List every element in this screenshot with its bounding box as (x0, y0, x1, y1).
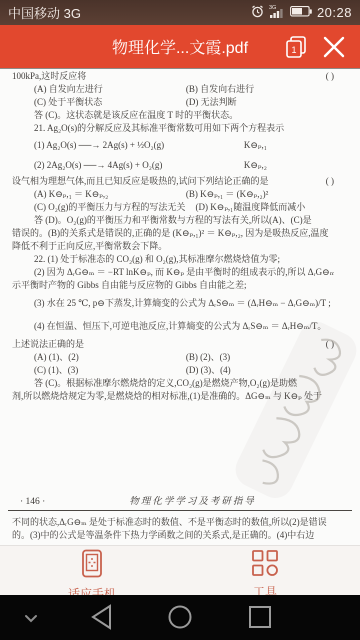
close-icon[interactable] (320, 33, 348, 61)
carrier-label: 中国移动 3G (8, 3, 81, 22)
doc-line: 的。(3)中的公式是等温条件下热力学函数之间的关系式,是正确的。(4)中右边 (12, 529, 334, 542)
doc-line: (C) 处于平衡状态(D) 无法判断 (12, 96, 334, 109)
hide-nav-icon[interactable] (24, 611, 38, 629)
page-count-number: 1 (291, 45, 296, 55)
phone-screen: 中国移动 3G 3G 20:28 物理化学...文霞.pdf 1 (0, 0, 360, 640)
doc-line: (A) 自发向左进行(B) 自发向右进行 (12, 83, 334, 96)
doc-line: 示平衡时产物的 Gibbs 自由能与反应物的 Gibbs 自由能之差; (12, 279, 334, 292)
svg-text:3G: 3G (269, 5, 276, 11)
doc-line: 设气相为理想气体,而且已知反应是吸热的,试问下列结论正确的是( ) (12, 175, 334, 188)
doc-line: 答 (C)。这状态就是该反应在温度 T 时的平衡状态。 (12, 109, 334, 122)
running-title: 物理化学学习及考研指导 (45, 493, 340, 507)
page-number: · 146 · (20, 497, 45, 507)
doc-line: 错误的。(B)的关系式是错误的,正确的是 (K⊖ₚ,₁)² ＝ K⊖ₚ,₂, 因… (12, 227, 334, 240)
pdf-page-2-lines: 不同的状态,ΔᵣG⊖ₘ 是处于标准态时的数值、不是平衡态时的数值,所以(2)是错… (0, 511, 360, 542)
pdf-page-146: · 146 · 物理化学学习及考研指导 不同的状态,ΔᵣG⊖ₘ 是处于标准态时的… (0, 491, 360, 542)
doc-line: 100kPa,这时反应将( ) (12, 70, 334, 83)
pdf-viewport[interactable]: 100kPa,这时反应将( )(A) 自发向左进行(B) 自发向右进行(C) 处… (0, 68, 360, 545)
recents-icon[interactable] (248, 605, 272, 634)
clock-time: 20:28 (317, 5, 352, 20)
doc-line: 降低不利于正向反应,平衡常数会下降。 (12, 240, 334, 253)
signal-3g-icon: 3G (269, 4, 285, 22)
doc-line: (1) Ag₂O(s) ──→ 2Ag(s) + ½O₂(g)K⊖ₚ,₁ (12, 135, 334, 155)
page-146-header: · 146 · 物理化学学习及考研指导 (8, 491, 352, 511)
battery-icon (290, 5, 312, 20)
doc-line: (C) O₂(g)的平衡压力与方程的写法无关(D) K⊖ₚ,₁随温度降低而减小 (12, 201, 334, 214)
doc-line: 22. (1) 处于标准态的 CO₂(g) 和 O₂(g),其标准摩尔燃烧焓值为… (12, 253, 334, 266)
back-icon[interactable] (88, 603, 114, 636)
doc-line: (4) 在恒温、恒压下,可逆电池反应,计算熵变的公式为 ΔᵣS⊖ₘ ＝ ΔᵣH⊖… (12, 315, 334, 338)
doc-line: 答 (D)。O₂(g)的平衡压力和平衡常数与方程的写法有关,所以(A)、(C)是 (12, 214, 334, 227)
tools-button[interactable]: 工具 (220, 549, 310, 595)
doc-line: 上述说法正确的是( ) (12, 338, 334, 351)
fit-phone-icon (78, 549, 106, 584)
status-bar: 中国移动 3G 3G 20:28 (0, 0, 360, 25)
doc-line: (2) 2Ag₂O(s) ──→ 4Ag(s) + O₂(g)K⊖ₚ,₂ (12, 155, 334, 175)
fit-to-phone-button[interactable]: 适应手机 (47, 549, 137, 595)
doc-line: 21. Ag₂O(s)的分解反应及其标准平衡常数可用如下两个方程表示 (12, 122, 334, 135)
tools-grid-icon (251, 549, 279, 582)
pdf-page-145: 100kPa,这时反应将( )(A) 自发向左进行(B) 自发向右进行(C) 处… (0, 68, 360, 403)
doc-line: 剂,所以燃烧焓规定为零,是燃烧焓的相对标准,(1)是准确的。ΔG⊖ₘ 与 K⊖ₚ… (12, 390, 334, 403)
android-navbar (0, 595, 360, 640)
alarm-icon (251, 5, 264, 21)
doc-line: (A) K⊖ₚ,₁ ＝ K⊖ₚ,₂(B) K⊖ₚ,₁ ＝ (K⊖ₚ,₂)² (12, 188, 334, 201)
doc-line: (2) 因为 ΔᵣG⊖ₘ ＝ −RT lnK⊖ₚ, 而 K⊖ₚ 是由平衡时的组成… (12, 266, 334, 279)
reader-toolbar: 适应手机 工具 (0, 545, 360, 596)
doc-line: (C) (1)、(3)(D) (3)、(4) (12, 364, 334, 377)
doc-line: 不同的状态,ΔᵣG⊖ₘ 是处于标准态时的数值、不是平衡态时的数值,所以(2)是错… (12, 516, 334, 529)
app-header: 物理化学...文霞.pdf 1 (0, 25, 360, 68)
pdf-page-1-lines: 100kPa,这时反应将( )(A) 自发向左进行(B) 自发向右进行(C) 处… (0, 68, 360, 403)
doc-line: 答 (C)。根据标准摩尔燃烧焓的定义,CO₂(g)是燃烧产物,O₂(g)是助燃 (12, 377, 334, 390)
home-icon[interactable] (167, 604, 193, 635)
doc-line: (A) (1)、(2)(B) (2)、(3) (12, 351, 334, 364)
page-gap (0, 403, 360, 491)
page-count-icon[interactable]: 1 (282, 33, 310, 61)
doc-line: (3) 水在 25 ℃, p⊖下蒸发,计算熵变的公式为 ΔᵣS⊖ₘ ＝ (ΔᵣH… (12, 292, 334, 315)
